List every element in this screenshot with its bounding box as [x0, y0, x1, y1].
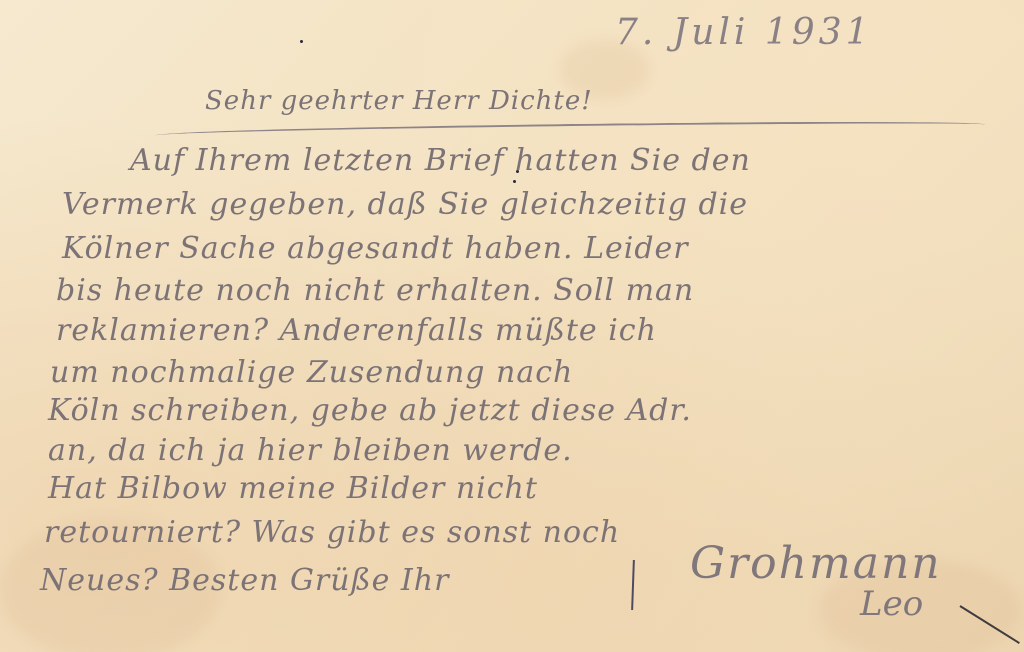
ink-speck [300, 40, 303, 43]
body-line-2: Vermerk gegeben, daß Sie gleichzeitig di… [62, 190, 748, 220]
ink-speck [513, 180, 516, 183]
signature-initials: Leo [860, 584, 923, 624]
body-line-3: Kölner Sache abgesandt haben. Leider [62, 234, 689, 264]
body-line-9: Hat Bilbow meine Bilder nicht [48, 474, 538, 504]
body-line-7: Köln schreiben, gebe ab jetzt diese Adr. [48, 396, 692, 426]
body-line-5: reklamieren? Anderenfalls müßte ich [56, 316, 657, 346]
salutation: Sehr geehrter Herr Dichte! [205, 86, 593, 116]
salutation-underline [155, 120, 985, 141]
body-line-8: an, da ich ja hier bleiben werde. [48, 436, 573, 466]
body-line-11: Neues? Besten Grüße Ihr [40, 566, 449, 596]
body-line-6: um nochmalige Zusendung nach [50, 358, 573, 388]
signature: Grohmann [690, 538, 942, 589]
letter-date: 7. Juli 1931 [615, 12, 873, 53]
postcard: 7. Juli 1931 Sehr geehrter Herr Dichte! … [0, 0, 1024, 652]
body-line-1: Auf Ihrem letzten Brief hatten Sie den [130, 146, 751, 176]
body-line-4: bis heute noch nicht erhalten. Soll man [56, 276, 694, 306]
pencil-stroke [631, 560, 635, 610]
body-line-10: retourniert? Was gibt es sonst noch [44, 518, 620, 548]
